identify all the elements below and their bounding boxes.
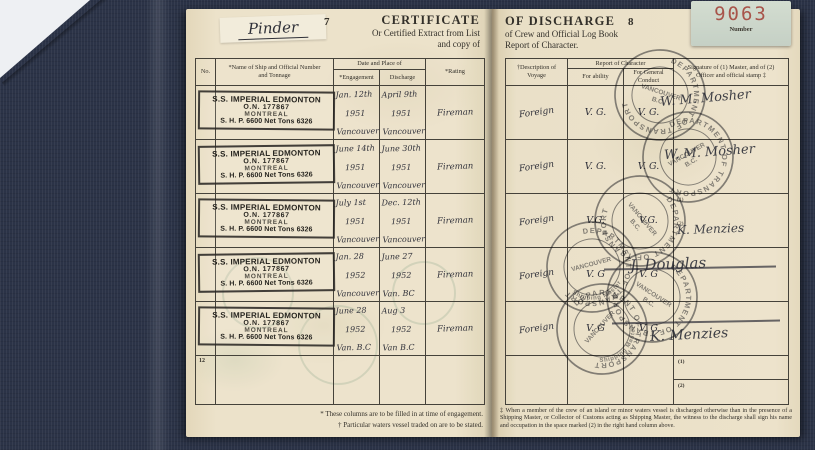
cover-spine-crease — [146, 0, 170, 450]
voyage-cell: Foreign — [506, 140, 568, 193]
book-number: 9063 — [691, 5, 791, 24]
discharge-title: OF DISCHARGE of Crew and Official Log Bo… — [505, 14, 618, 52]
page-number-8: 8 — [628, 16, 634, 28]
col-date-place-label: Date and Place of — [334, 59, 425, 70]
mark-2: (2) — [674, 380, 788, 404]
ability-cell — [568, 356, 624, 404]
table-row-empty: (1) (2) — [506, 356, 788, 404]
discharge-place: Vancouver — [382, 234, 425, 244]
discharge-date: June 30th — [381, 143, 424, 153]
left-footnotes: * These columns are to be filled in at t… — [195, 409, 485, 430]
right-page: OF DISCHARGE of Crew and Official Log Bo… — [492, 9, 800, 437]
subtitle-line: Report of Character. — [505, 40, 618, 51]
conduct-value: V. G. — [638, 107, 660, 118]
voyage-cell: Foreign — [506, 86, 568, 139]
col-voyage: †Description of Voyage — [506, 59, 568, 85]
table-row: Foreign V. G V. G — [506, 302, 788, 356]
engagement-cell: June 14th 1951 Vancouver — [334, 140, 380, 193]
table-row: June 14th 1951 Vancouver June 30th 1951 … — [196, 140, 484, 194]
engagement-cell: Jan. 28 1952 Vancouver — [334, 248, 380, 301]
ship-rubber-stamp: S.S. IMPERIAL EDMONTON O.N. 177867 MONTR… — [198, 144, 335, 185]
table-row: Jan. 28 1952 Vancouver June 27 1952 Van.… — [196, 248, 484, 302]
rating-value: Fireman — [437, 215, 474, 226]
engagement-place: Vancouver — [336, 288, 379, 298]
col-ship-name: *Name of Ship and Official Number and To… — [216, 59, 334, 85]
engagement-place: Vancouver — [336, 180, 379, 190]
discharge-place: Vancouver — [382, 180, 425, 190]
title-line: CERTIFICATE — [372, 13, 480, 28]
ability-value: V. G. — [585, 107, 607, 118]
ship-rubber-stamp: S.S. IMPERIAL EDMONTON O.N. 177867 MONTR… — [198, 198, 335, 238]
voyage-value: Foreign — [518, 267, 554, 282]
engagement-date: July 1st — [335, 197, 378, 207]
ability-cell: V. G — [568, 302, 624, 355]
col-report-label: Report of Character — [568, 59, 673, 69]
col-ability: For ability — [568, 69, 624, 85]
page-number-7: 7 — [324, 16, 330, 28]
discharge-book-scan: Pinder 7 CERTIFICATE Or Certified Extrac… — [0, 0, 815, 450]
ship-tonnage: S. H. P. 6600 Net Tons 6326 — [200, 225, 333, 233]
discharge-cell: June 30th 1951 Vancouver — [380, 140, 426, 193]
signature-cell: (1) (2) — [674, 356, 788, 404]
discharge-cell: Aug 3 1952 Van B.C — [380, 302, 426, 355]
engagement-cell — [334, 356, 380, 404]
table-row: July 1st 1951 Vancouver Dec. 12th 1951 V… — [196, 194, 484, 248]
rating-value: Fireman — [437, 323, 474, 334]
engagement-table: No. *Name of Ship and Official Number an… — [195, 58, 485, 405]
table-header: †Description of Voyage Report of Charact… — [506, 59, 788, 86]
voyage-value: Foreign — [518, 213, 554, 228]
no-cell: 12 — [196, 356, 216, 404]
subtitle-line: Or Certified Extract from List — [372, 28, 480, 39]
engagement-year: 1951 — [336, 162, 379, 172]
subtitle-line: and copy of — [372, 39, 480, 50]
master-signature: J. Douglas — [630, 254, 707, 275]
voyage-cell: Foreign — [506, 194, 568, 247]
ability-cell: V. G. — [568, 140, 624, 193]
voyage-cell — [506, 356, 568, 404]
ship-tonnage: S. H. P. 6600 Net Tons 6326 — [200, 117, 333, 125]
rating-cell — [426, 356, 484, 404]
ability-value: V. G — [586, 323, 605, 334]
ship-rubber-stamp: S.S. IMPERIAL EDMONTON O.N. 177867 MONTR… — [198, 90, 335, 130]
engagement-date: June 14th — [335, 143, 378, 153]
engagement-year: 1952 — [336, 270, 379, 280]
character-report-table: †Description of Voyage Report of Charact… — [505, 58, 789, 405]
rating-cell: Fireman — [426, 86, 484, 139]
col-date-place: Date and Place of *Engagement Discharge — [334, 59, 426, 85]
table-row: June 28 1952 Van. B.C Aug 3 1952 Van B.C… — [196, 302, 484, 356]
voyage-value: Foreign — [518, 321, 554, 336]
mark-1: (1) — [674, 356, 788, 380]
master-signature: K. Menzies — [677, 221, 745, 237]
engagement-date: June 28 — [335, 305, 378, 315]
footnote-star: * These columns are to be filled in at t… — [195, 409, 483, 420]
engagement-date: Jan. 28 — [335, 251, 378, 261]
ability-cell: V. G. — [568, 86, 624, 139]
ship-rubber-stamp: S.S. IMPERIAL EDMONTON O.N. 177867 MONTR… — [198, 306, 335, 346]
ability-value: V. G. — [585, 161, 607, 172]
engagement-place: Vancouver — [336, 126, 379, 136]
voyage-value: Foreign — [518, 105, 554, 120]
discharge-year: 1952 — [382, 324, 425, 334]
conduct-cell: V.G. — [624, 194, 674, 247]
table-header: No. *Name of Ship and Official Number an… — [196, 59, 484, 86]
right-footnote: ‡ When a member of the crew of an island… — [500, 408, 792, 430]
col-discharge: Discharge — [380, 70, 425, 85]
rating-cell: Fireman — [426, 248, 484, 301]
owner-name: Pinder — [238, 17, 309, 39]
discharge-year: 1951 — [382, 108, 425, 118]
rating-value: Fireman — [437, 161, 474, 172]
certificate-title: CERTIFICATE Or Certified Extract from Li… — [372, 13, 480, 51]
engagement-year: 1951 — [336, 108, 379, 118]
table-row: Foreign V.G. V.G. (1) (2) — [506, 194, 788, 248]
ability-cell: V.G. — [568, 194, 624, 247]
col-rating: *Rating — [426, 59, 484, 85]
discharge-date: Dec. 12th — [381, 197, 424, 207]
engagement-cell: July 1st 1951 Vancouver — [334, 194, 380, 247]
subtitle-line: of Crew and Official Log Book — [505, 29, 618, 40]
discharge-year: 1951 — [382, 162, 425, 172]
discharge-cell — [380, 356, 426, 404]
table-row-empty: 12 — [196, 356, 484, 404]
discharge-place: Van B.C — [382, 342, 425, 352]
engagement-cell: Jan. 12th 1951 Vancouver — [334, 86, 380, 139]
owner-name-label: Pinder — [220, 14, 327, 43]
col-signature: Signature of (1) Master, and of (2) Offi… — [674, 59, 788, 85]
engagement-year: 1951 — [336, 216, 379, 226]
ability-value: V. G — [586, 269, 605, 280]
cover-fold-shadow — [2, 0, 120, 87]
conduct-value: V. G. — [638, 161, 660, 172]
ability-cell: V. G — [568, 248, 624, 301]
footnote-dagger: † Particular waters vessel traded on are… — [195, 420, 483, 431]
discharge-date: June 27 — [381, 251, 424, 261]
ship-port: MONTREAL — [200, 110, 333, 118]
engagement-cell: June 28 1952 Van. B.C — [334, 302, 380, 355]
voyage-cell: Foreign — [506, 248, 568, 301]
rating-cell: Fireman — [426, 140, 484, 193]
discharge-cell: Dec. 12th 1951 Vancouver — [380, 194, 426, 247]
mark-1: (1) — [677, 197, 683, 203]
col-report-of-character: Report of Character For ability For Gene… — [568, 59, 674, 85]
discharge-cell: April 9th 1951 Vancouver — [380, 86, 426, 139]
discharge-place: Van. BC — [382, 288, 425, 298]
conduct-cell — [624, 356, 674, 404]
left-page: Pinder 7 CERTIFICATE Or Certified Extrac… — [186, 9, 492, 437]
ability-value: V.G. — [586, 215, 605, 226]
rating-cell: Fireman — [426, 302, 484, 355]
engagement-date: Jan. 12th — [335, 89, 378, 99]
discharge-place: Vancouver — [382, 126, 425, 136]
voyage-cell: Foreign — [506, 302, 568, 355]
voyage-value: Foreign — [518, 159, 554, 174]
discharge-year: 1951 — [382, 216, 425, 226]
ship-port: MONTREAL — [200, 218, 333, 226]
discharge-date: Aug 3 — [381, 305, 424, 315]
discharge-cell: June 27 1952 Van. BC — [380, 248, 426, 301]
discharge-date: April 9th — [381, 89, 424, 99]
rating-value: Fireman — [437, 269, 474, 280]
ship-port: MONTREAL — [200, 326, 333, 334]
engagement-place: Van. B.C — [336, 342, 379, 352]
rating-value: Fireman — [437, 107, 474, 118]
table-row: Jan. 12th 1951 Vancouver April 9th 1951 … — [196, 86, 484, 140]
book-number-label: Number — [691, 26, 791, 33]
engagement-year: 1952 — [336, 324, 379, 334]
ship-tonnage: S. H. P. 6600 Net Tons 6326 — [200, 333, 333, 341]
ship-rubber-stamp: S.S. IMPERIAL EDMONTON O.N. 177867 MONTR… — [198, 252, 335, 293]
conduct-value: V.G. — [639, 215, 658, 226]
col-no: No. — [196, 59, 216, 85]
rating-cell: Fireman — [426, 194, 484, 247]
number-tab: 9063 Number — [691, 1, 791, 46]
col-conduct: For General Conduct — [624, 69, 673, 85]
discharge-year: 1952 — [382, 270, 425, 280]
ship-cell — [216, 356, 334, 404]
title-line: OF DISCHARGE — [505, 14, 618, 29]
engagement-place: Vancouver — [336, 234, 379, 244]
col-engagement: *Engagement — [334, 70, 380, 85]
